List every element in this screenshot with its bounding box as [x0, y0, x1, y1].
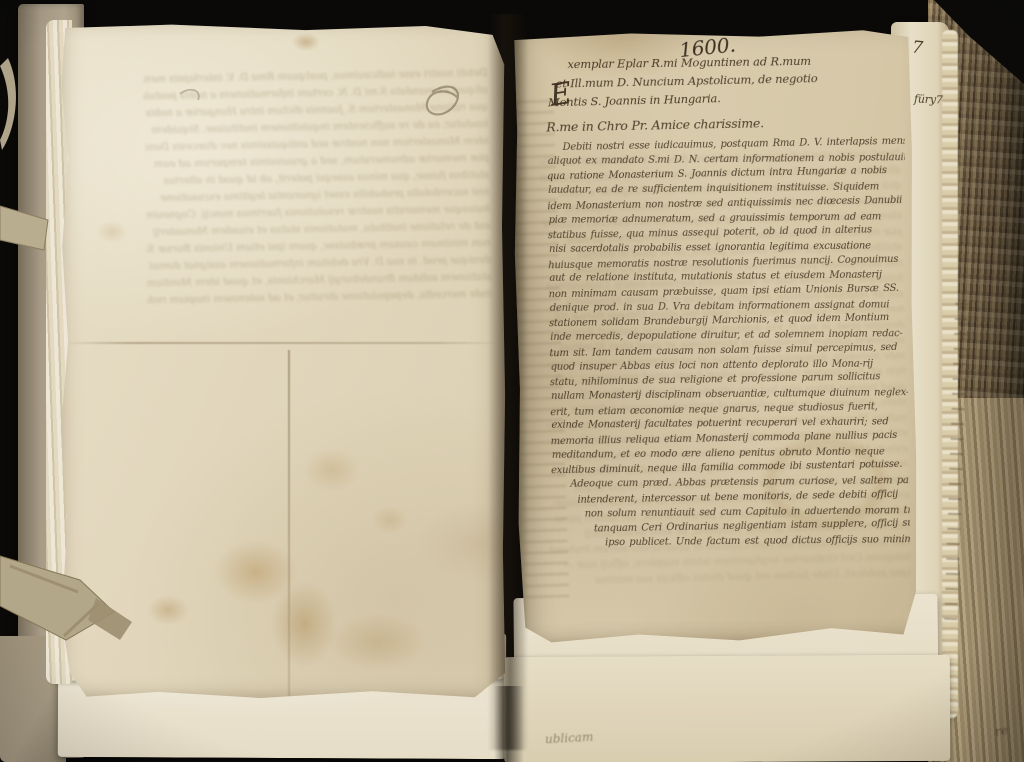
body-text: Debiti nostri esse iudicauimus, postquam…	[546, 136, 910, 553]
salutation-line: R.me in Chro Pr. Amice charissime.	[546, 113, 904, 135]
photograph-of-manuscript-book: { "scene": { "background_color": "#0a090…	[0, 0, 1024, 762]
stack-gap-shadow	[494, 686, 524, 762]
gutter-shadow	[488, 14, 528, 750]
cloth-ties	[0, 0, 170, 762]
bottom-text-fragment: re	[994, 723, 1009, 739]
right-under-sheet-2	[504, 655, 951, 762]
marginal-note: füry7	[914, 93, 943, 107]
bottom-text-fragment: ublicam	[545, 730, 594, 747]
right-manuscript-page: Debiti nostri esse iudicauimus, postquam…	[511, 28, 920, 646]
manuscript-text-block: E xemplar Eplar R.mi Moguntinen ad R.mum…	[545, 51, 910, 553]
folio-number: 7	[911, 37, 924, 58]
